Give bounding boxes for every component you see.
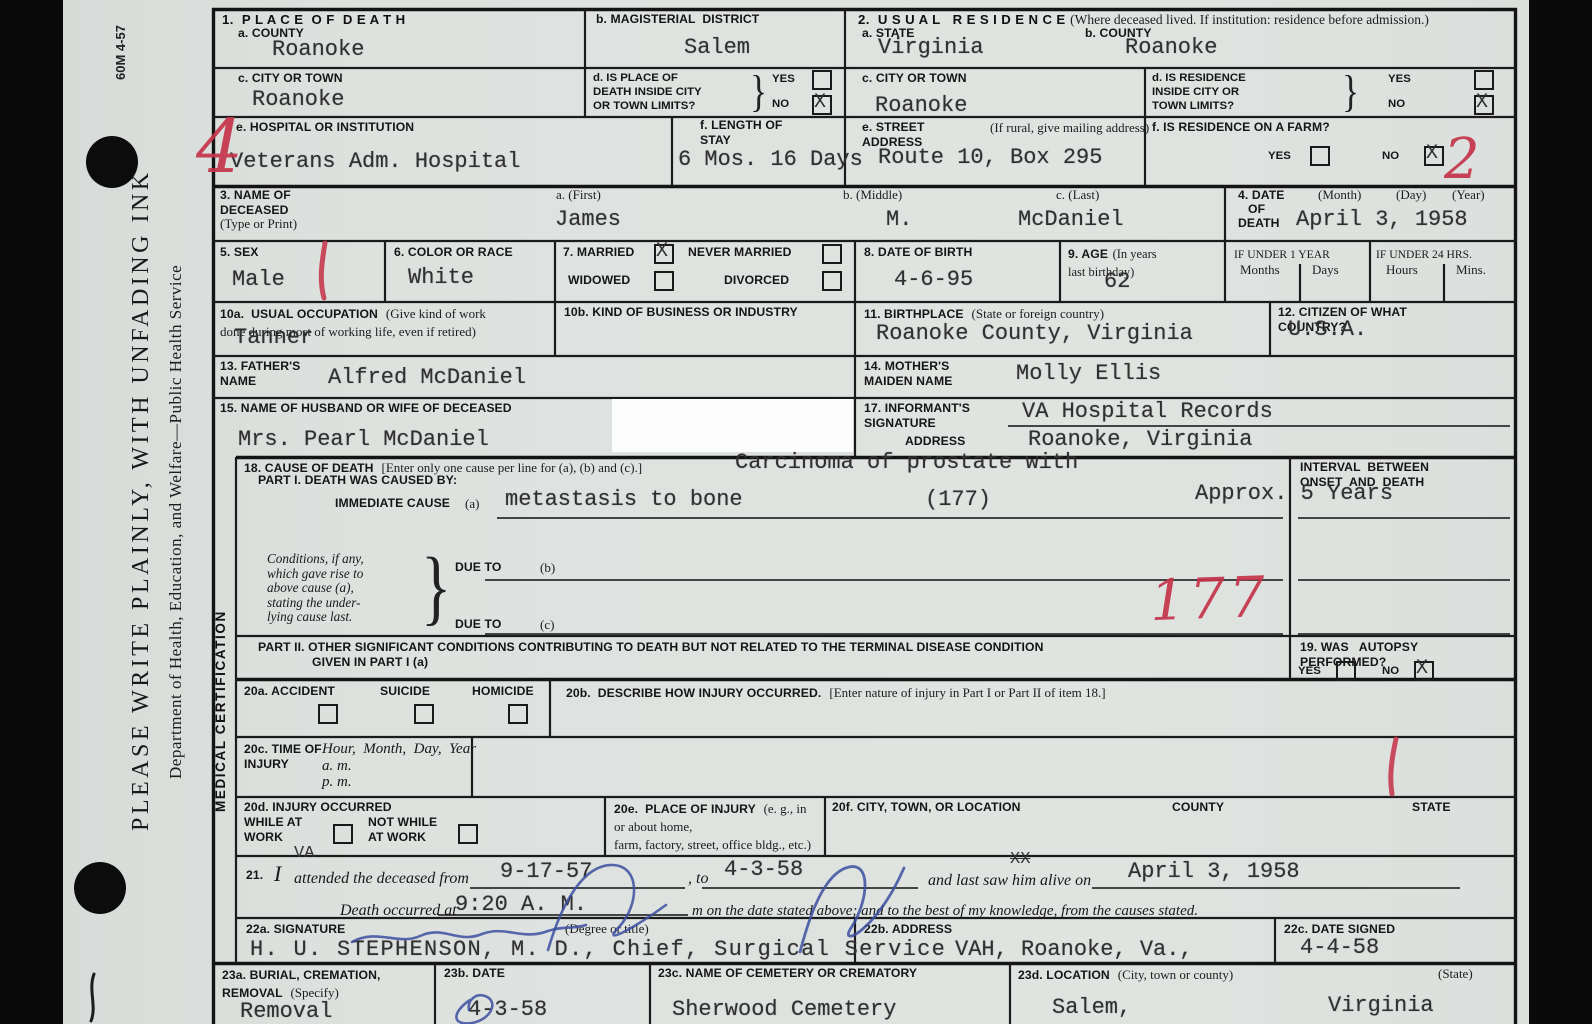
value-18-cause-line1: Carcinoma of prostate with (735, 451, 1078, 474)
checkbox-2d-no: X (1474, 95, 1494, 115)
value-18-cause-code: (177) (925, 488, 991, 511)
field-3-note: (Type or Print) (220, 216, 297, 232)
field-1c-label: c. CITY OR TOWN (238, 71, 343, 86)
field-2f-label: f. IS RESIDENCE ON A FARM? (1152, 120, 1330, 135)
field-3-first-label: a. (First) (556, 187, 601, 203)
brace-2d: } (1342, 70, 1359, 114)
field-1d-no-label: NO (772, 97, 789, 111)
field-21-lastsaw-label: and last saw him alive on (928, 871, 1091, 891)
value-23d-state: Virginia (1328, 994, 1434, 1017)
value-17-address: Roanoke, Virginia (1028, 428, 1252, 451)
field-20f-state-label: STATE (1412, 800, 1451, 815)
red-annotation-two: 2 (1444, 132, 1480, 188)
section-medical-certification: MEDICAL CERTIFICATION (213, 462, 237, 960)
field-18-dueto-c-label: DUE TO (455, 617, 501, 632)
checkbox-2f-yes (1310, 146, 1330, 166)
field-4-month-label: (Month) (1318, 187, 1361, 203)
field-17-address-label: ADDRESS (905, 434, 965, 449)
value-1e-hospital: Veterans Adm. Hospital (230, 150, 520, 173)
field-2c-label: c. CITY OR TOWN (862, 71, 967, 86)
field-18-part2b-label: GIVEN IN PART I (a) (312, 655, 428, 670)
value-3-middle: M. (886, 208, 912, 231)
checkbox-19-yes (1336, 661, 1356, 681)
field-15-label: 15. NAME OF HUSBAND OR WIFE OF DECEASED (220, 401, 512, 416)
field-9-months-label: Months (1240, 262, 1280, 278)
value-10a-occupation: Tanner (234, 326, 313, 349)
value-12-citizen: U.S.A. (1288, 318, 1367, 341)
value-18-cause-line2: metastasis to bone (505, 488, 743, 511)
field-7-never-label: NEVER MARRIED (688, 245, 792, 260)
value-2b-county: Roanoke (1125, 36, 1217, 59)
red-annotation-code-177: 177 (1149, 570, 1270, 630)
field-10b-label: 10b. KIND OF BUSINESS OR INDUSTRY (564, 305, 798, 320)
field-2f-yes-label: YES (1268, 149, 1291, 163)
checkbox-7-married: X (654, 244, 674, 264)
field-23a-label: 23a. BURIAL, CREMATION, REMOVAL (Specify… (222, 966, 381, 1002)
checkbox-20d-notwhile (458, 824, 478, 844)
field-20a-suicide-label: SUICIDE (380, 684, 430, 699)
field-23c-label: 23c. NAME OF CEMETERY OR CREMATORY (658, 966, 917, 981)
field-9-hours-label: Hours (1386, 262, 1418, 278)
field-23d-state-label: (State) (1438, 966, 1473, 982)
field-19-no-label: NO (1382, 664, 1399, 678)
field-9-under24-label: IF UNDER 24 HRS. (1376, 248, 1472, 262)
value-17-informant: VA Hospital Records (1022, 400, 1273, 423)
red-annotation-four: 4 (196, 110, 243, 184)
field-1b-label: b. MAGISTERIAL DISTRICT (596, 12, 759, 27)
field-18-c-label: (c) (540, 617, 554, 633)
value-2a-state: Virginia (878, 36, 984, 59)
value-1c-city: Roanoke (252, 88, 344, 111)
field-18-part2-label: PART II. OTHER SIGNIFICANT CONDITIONS CO… (258, 640, 1043, 655)
field-21-attended-label: attended the deceased from (294, 869, 469, 889)
value-5-sex: Male (232, 268, 285, 291)
field-3-middle-label: b. (Middle) (843, 187, 902, 203)
print-stamp: 60M 4-57 (113, 8, 139, 98)
value-21-va: VA (294, 845, 314, 862)
checkbox-20a-accident (318, 704, 338, 724)
field-18-b-label: (b) (540, 560, 555, 576)
value-23a-burial: Removal (240, 1000, 332, 1023)
value-21-from: 9-17-57 (500, 860, 592, 883)
redaction-box (612, 399, 853, 452)
field-22b-label: 22b. ADDRESS (864, 922, 952, 937)
field-20b-label: 20b. DESCRIBE HOW INJURY OCCURRED. [Ente… (566, 684, 1106, 702)
value-4-date-of-death: April 3, 1958 (1296, 208, 1468, 231)
value-21-to: 4-3-58 (724, 858, 803, 881)
value-1a-county: Roanoke (272, 38, 364, 61)
field-20c-label: 20c. TIME OF INJURY (244, 742, 322, 772)
field-21-i: I (274, 860, 281, 888)
checkbox-7-never (822, 244, 842, 264)
value-15-spouse: Mrs. Pearl McDaniel (238, 428, 489, 451)
field-2d-label: d. IS RESIDENCE INSIDE CITY OR TOWN LIMI… (1152, 71, 1246, 113)
field-21-to-label: , to (688, 869, 708, 889)
value-8-birth: 4-6-95 (894, 268, 973, 291)
field-18-a-label: (a) (465, 496, 479, 512)
field-20d-label: 20d. INJURY OCCURRED (244, 800, 392, 815)
checkbox-7-widowed (654, 271, 674, 291)
field-20e-label: 20e. PLACE OF INJURY (e. g., in or about… (614, 800, 820, 854)
value-1b-district: Salem (684, 36, 750, 59)
brace-conditions: } (421, 546, 451, 630)
field-9-mins-label: Mins. (1456, 262, 1486, 278)
value-13-father: Alfred McDaniel (328, 366, 526, 389)
value-18-interval: Approx. 5 Years (1195, 482, 1393, 505)
value-3-last: McDaniel (1018, 208, 1124, 231)
field-22a-label: 22a. SIGNATURE (246, 922, 345, 937)
field-20f-label: 20f. CITY, TOWN, OR LOCATION (832, 800, 1021, 815)
value-11-birthplace: Roanoke County, Virginia (876, 322, 1193, 345)
field-18-part1-label: PART I. DEATH WAS CAUSED BY: (258, 473, 457, 488)
field-18-immediate-label: IMMEDIATE CAUSE (335, 496, 450, 511)
field-5-label: 5. SEX (220, 245, 259, 260)
field-4-day-label: (Day) (1396, 187, 1426, 203)
value-22c-date: 4-4-58 (1300, 936, 1379, 959)
field-4-label3: DEATH (1238, 216, 1280, 231)
field-20c-pm-label: p. m. (322, 773, 352, 792)
field-19-yes-label: YES (1298, 664, 1321, 678)
field-1d-yes-label: YES (772, 72, 795, 86)
brace-1d: } (750, 70, 767, 114)
value-23b-date: 4-3-58 (468, 998, 547, 1021)
checkbox-7-divorced (822, 271, 842, 291)
field-20c-note: Hour, Month, Day, Year (322, 740, 476, 759)
field-20a-homicide-label: HOMICIDE (472, 684, 534, 699)
field-14-label: 14. MOTHER'S MAIDEN NAME (864, 359, 952, 389)
field-22a-degree-label: (Degree or title) (565, 921, 649, 937)
field-2d-no-label: NO (1388, 97, 1405, 111)
field-17-label: 17. INFORMANT'S SIGNATURE (864, 401, 970, 431)
field-7-married-label: 7. MARRIED (563, 245, 634, 260)
value-22a-signature: H. U. STEPHENSON, M. D., Chief, Surgical… (250, 938, 946, 961)
margin-instruction: PLEASE WRITE PLAINLY, WITH UNFADING INK (128, 150, 166, 850)
value-21-struck-xx: XX (1010, 851, 1030, 868)
field-18-dueto-b-label: DUE TO (455, 560, 501, 575)
field-4-label2: OF (1248, 202, 1265, 217)
value-1f-stay: 6 Mos. 16 Days (678, 148, 863, 171)
field-20f-county-label: COUNTY (1172, 800, 1224, 815)
field-23d-label: 23d. LOCATION (City, town or county) (1018, 966, 1233, 984)
checkbox-2f-no: X (1424, 146, 1444, 166)
field-9-days-label: Days (1312, 262, 1339, 278)
field-3-last-label: c. (Last) (1056, 187, 1099, 203)
field-20d-notwhile-label: NOT WHILE AT WORK (368, 815, 437, 845)
field-9-label: 9. AGE (In years last birthday) (1068, 245, 1218, 281)
field-3-label: 3. NAME OF DECEASED (220, 188, 291, 218)
value-23d-city: Salem, (1052, 996, 1131, 1019)
value-23c-cemetery: Sherwood Cemetery (672, 998, 896, 1021)
checkbox-19-no: X (1414, 661, 1434, 681)
value-6-race: White (408, 266, 474, 289)
field-2e-note: (If rural, give mailing address) (990, 120, 1149, 136)
field-21-tail-label: m on the date stated above; and to the b… (692, 902, 1198, 921)
field-2d-yes-label: YES (1388, 72, 1411, 86)
margin-department: Department of Health, Education, and Wel… (166, 196, 196, 848)
value-22b-address: VAH, Roanoke, Va., (955, 938, 1193, 961)
field-23b-label: 23b. DATE (444, 966, 505, 981)
field-18-conditions-note: Conditions, if any, which gave rise to a… (267, 552, 364, 625)
field-7-widowed-label: WIDOWED (568, 273, 630, 288)
value-3-first: James (555, 208, 621, 231)
field-21-death-at-label: Death occurred at (340, 901, 457, 921)
field-7-divorced-label: DIVORCED (724, 273, 789, 288)
checkbox-2d-yes (1474, 70, 1494, 90)
value-2c-city: Roanoke (875, 94, 967, 117)
value-2e-street: Route 10, Box 295 (878, 146, 1102, 169)
hole-punch-bottom (74, 862, 126, 914)
checkbox-20a-suicide (414, 704, 434, 724)
field-8-label: 8. DATE OF BIRTH (864, 245, 972, 260)
field-21-num: 21. (246, 868, 263, 883)
field-20a-accident-label: 20a. ACCIDENT (244, 684, 335, 699)
checkbox-20a-homicide (508, 704, 528, 724)
scanned-death-certificate: 60M 4-57 PLEASE WRITE PLAINLY, WITH UNFA… (0, 0, 1592, 1024)
checkbox-20d-while (333, 824, 353, 844)
value-21-death-time: 9:20 A. M. (455, 893, 587, 916)
field-4-label1: 4. DATE (1238, 188, 1285, 203)
field-2f-no-label: NO (1382, 149, 1399, 163)
field-1d-label: d. IS PLACE OF DEATH INSIDE CITY OR TOWN… (593, 71, 702, 113)
value-9-age: 62 (1104, 270, 1130, 293)
field-20d-while-label: WHILE AT WORK (244, 815, 302, 845)
checkbox-1d-no: X (812, 95, 832, 115)
field-13-label: 13. FATHER'S NAME (220, 359, 300, 389)
field-9-under1-label: IF UNDER 1 YEAR (1234, 248, 1330, 262)
value-14-mother: Molly Ellis (1016, 362, 1161, 385)
field-1f-label: f. LENGTH OF STAY (700, 118, 782, 148)
value-21-lastsaw: April 3, 1958 (1128, 860, 1300, 883)
field-6-label: 6. COLOR OR RACE (394, 245, 513, 260)
field-1e-label: e. HOSPITAL OR INSTITUTION (236, 120, 414, 135)
checkbox-1d-yes (812, 70, 832, 90)
